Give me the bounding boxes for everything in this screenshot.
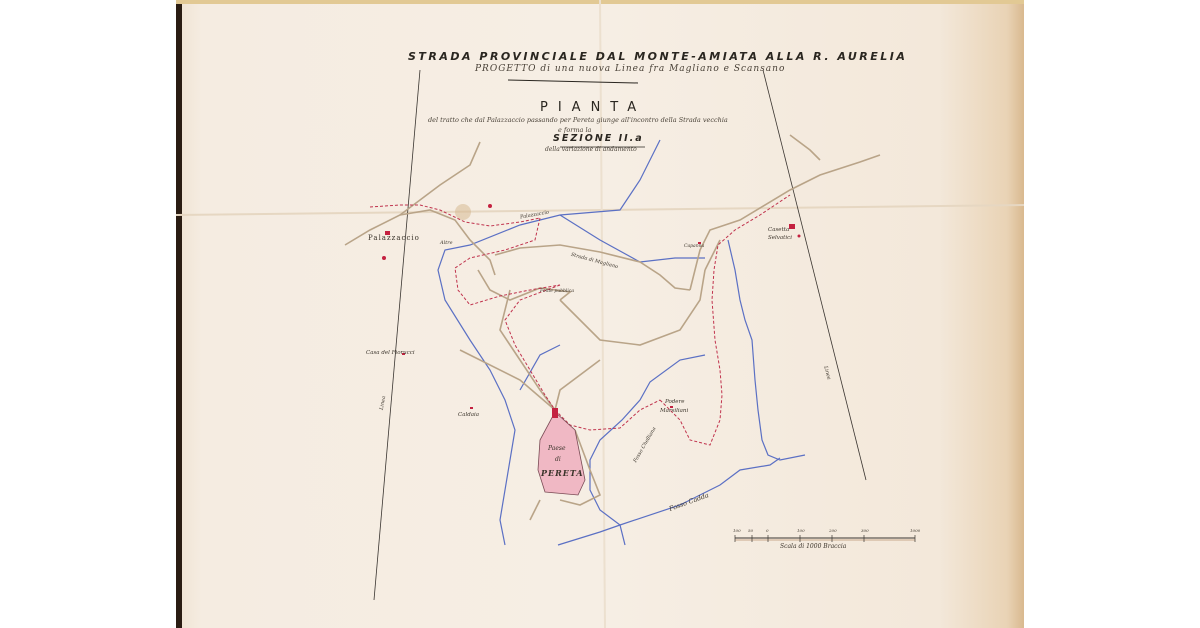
scale-tick-1000: 1000 — [910, 528, 920, 533]
place-pereta: PERETA — [541, 468, 584, 478]
stain — [455, 204, 471, 220]
place-paese-di: di — [555, 456, 561, 463]
map-heading: PIANTA — [540, 100, 646, 115]
map-title: STRADA PROVINCIALE DAL MONTE-AMIATA ALLA… — [408, 50, 907, 63]
scale-tick-200: 200 — [829, 528, 837, 533]
place-palazzaccio: Palazzaccio — [368, 234, 420, 242]
map-description: del tratto che dal Palazzaccio passando … — [428, 116, 728, 124]
place-paese: Paese — [548, 445, 566, 452]
building-markers — [382, 204, 801, 418]
scale-label: Scala di 1000 Braccia — [780, 543, 846, 550]
place-marsiliani: Marsiliani — [660, 408, 688, 414]
scale-tick-300: 300 — [861, 528, 869, 533]
fold-line-vertical — [600, 0, 605, 628]
place-casetta: Casetta — [768, 227, 789, 233]
title-rule — [508, 80, 638, 83]
place-casa-del-fiorucci: Casa del Fiorucci — [366, 350, 415, 356]
roads — [345, 135, 880, 520]
scale-tick-100: 100 — [797, 528, 805, 533]
survey-line-left — [374, 70, 420, 600]
section-label: SEZIONE II.a — [553, 133, 644, 144]
map-drawing — [0, 0, 1200, 628]
map-subtitle: PROGETTO di una nuova Linea fra Magliano… — [475, 64, 785, 74]
survey-line-right — [763, 70, 866, 480]
scale-tick-100-neg: 100 — [733, 528, 741, 533]
place-capanna: Capanna — [684, 244, 704, 249]
scale-tick-50: 50 — [748, 528, 753, 533]
road-label-altre: Altre — [440, 240, 453, 246]
place-fonte-pubblica: Fonte pubblica — [540, 289, 574, 294]
scale-tick-0: 0 — [766, 528, 769, 533]
fold-line-horizontal — [176, 205, 1024, 215]
place-podere: Podere — [665, 399, 684, 405]
place-caldaia: Caldaia — [458, 412, 479, 418]
pereta-town-area — [538, 412, 585, 495]
scale-bar — [735, 535, 915, 542]
place-selvatici: Selvatici — [768, 235, 792, 241]
section-note: della variazione di andamento — [545, 146, 637, 153]
